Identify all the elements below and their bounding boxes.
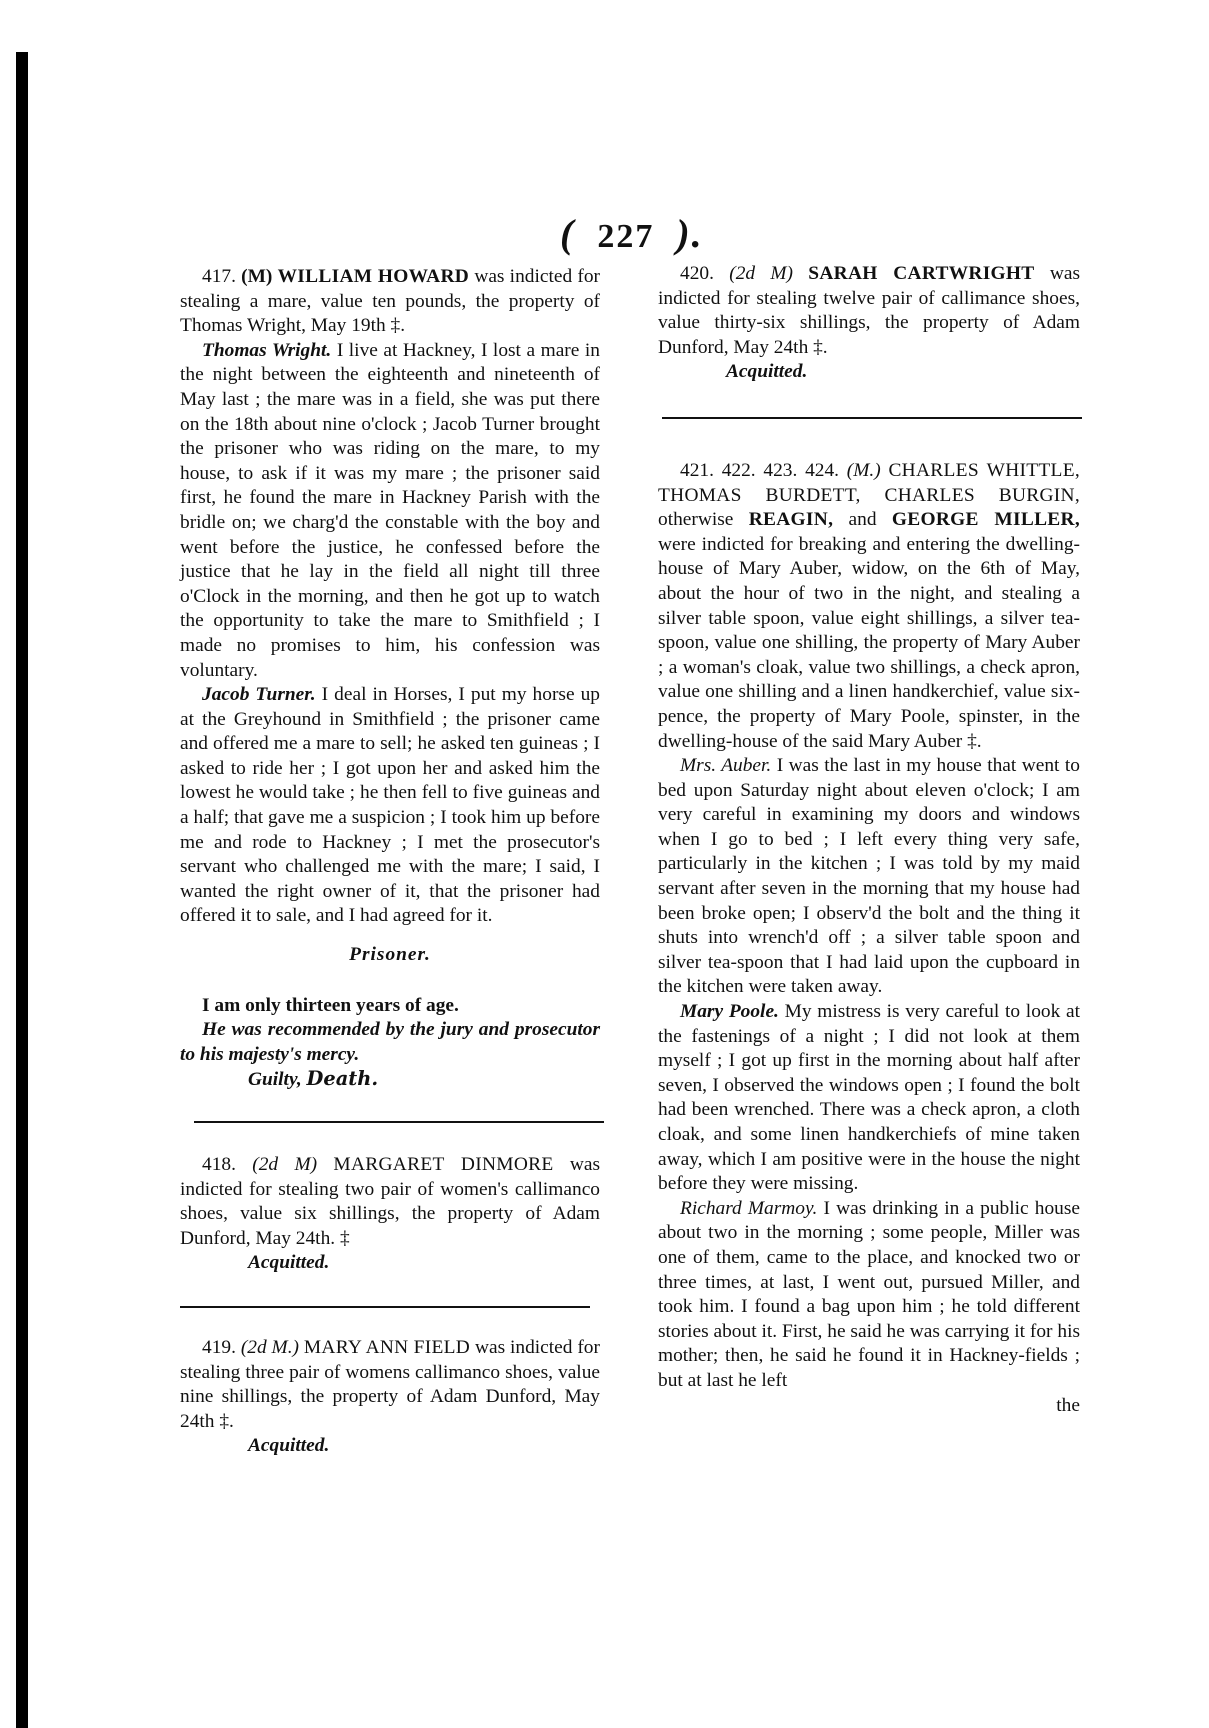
witness-testimony: I deal in Horses, I put my horse up at t…: [180, 684, 600, 926]
witness-name: Thomas Wright.: [202, 340, 331, 361]
alias-name: REAGIN,: [749, 509, 834, 530]
catchword: the: [658, 1394, 1080, 1419]
case-number: 421. 422. 423. 424.: [680, 460, 839, 481]
court-session: (M): [241, 266, 272, 287]
witness-name: Mrs. Auber.: [680, 755, 771, 776]
defendant-name: WILLIAM HOWARD: [278, 266, 470, 287]
witness-name: Mary Poole.: [680, 1001, 779, 1022]
verdict-text: Guilty,: [248, 1069, 302, 1090]
verdict-text: Acquitted.: [180, 1434, 600, 1459]
page-number-header: (227).: [560, 210, 704, 257]
case-number: 420.: [680, 263, 714, 284]
and-word: and: [849, 509, 877, 530]
defence-statement: I am only thirteen years of age.: [180, 994, 600, 1019]
left-column: 417. (M) WILLIAM HOWARD was indicted for…: [180, 265, 600, 1459]
section-divider: [194, 1121, 604, 1123]
section-divider: [180, 1306, 590, 1308]
case-421-424: 421. 422. 423. 424. (M.) CHARLES WHITTLE…: [658, 459, 1080, 1418]
indictment-text: were indicted for breaking and entering …: [658, 534, 1080, 752]
open-paren: (: [560, 211, 575, 256]
court-session: (2d M.): [241, 1337, 299, 1358]
court-session: (2d M): [729, 263, 793, 284]
defendant-name: MARY ANN FIELD: [304, 1337, 470, 1358]
case-number: 418.: [202, 1154, 236, 1175]
right-column: 420. (2d M) SARAH CARTWRIGHT was indicte…: [658, 262, 1080, 1418]
witness-testimony: I was the last in my house that went to …: [658, 755, 1080, 997]
defendant-name: MARGARET DINMORE: [333, 1154, 553, 1175]
witness-name: Jacob Turner.: [202, 684, 316, 705]
witness-testimony: I was drinking in a public house about t…: [658, 1198, 1080, 1391]
verdict-text: Acquitted.: [180, 1251, 600, 1276]
verdict-text: Acquitted.: [658, 360, 1080, 385]
court-session: (M.): [847, 460, 881, 481]
witness-name: Richard Marmoy.: [680, 1198, 817, 1219]
witness-testimony: I live at Hackney, I lost a mare in the …: [180, 340, 600, 681]
scan-edge-bar: [16, 52, 28, 1728]
case-number: 417.: [202, 266, 236, 287]
case-418: 418. (2d M) MARGARET DINMORE was indicte…: [180, 1153, 600, 1276]
case-number: 419.: [202, 1337, 236, 1358]
defendant-name: SARAH CARTWRIGHT: [808, 263, 1034, 284]
court-session: (2d M): [252, 1154, 317, 1175]
case-420: 420. (2d M) SARAH CARTWRIGHT was indicte…: [658, 262, 1080, 385]
sentence-text: Death.: [307, 1067, 379, 1090]
jury-recommendation: He was recommended by the jury and prose…: [180, 1018, 600, 1067]
case-417: 417. (M) WILLIAM HOWARD was indicted for…: [180, 265, 600, 1093]
defence-label: Prisoner.: [180, 943, 600, 968]
witness-testimony: My mistress is very careful to look at t…: [658, 1001, 1080, 1194]
defendant-name: GEORGE MILLER,: [892, 509, 1080, 530]
case-419: 419. (2d M.) MARY ANN FIELD was indicted…: [180, 1336, 600, 1459]
page-number: 227: [597, 218, 654, 255]
close-paren: ).: [676, 211, 703, 256]
verdict: Guilty, Death.: [180, 1067, 600, 1093]
alias-word: otherwise: [658, 509, 733, 530]
section-divider: [662, 417, 1082, 419]
